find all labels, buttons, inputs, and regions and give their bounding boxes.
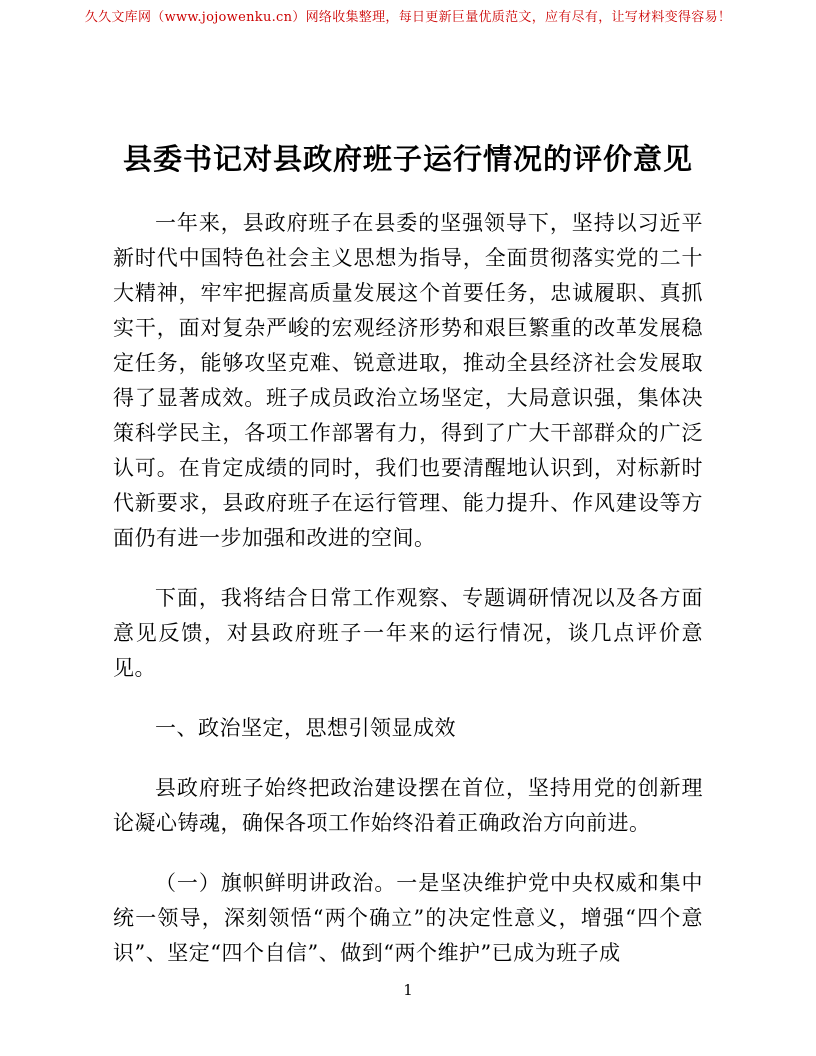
paragraph-overview: 一年来，县政府班子在县委的坚强领导下，坚持以习近平新时代中国特色社会主义思想为指…	[113, 206, 703, 556]
page-number: 1	[0, 980, 816, 1000]
document-title: 县委书记对县政府班子运行情况的评价意见	[0, 137, 816, 178]
document-page: 久久文库网（www.jojowenku.cn）网络收集整理，每日更新巨量优质范文…	[0, 0, 816, 1056]
site-watermark-header: 久久文库网（www.jojowenku.cn）网络收集整理，每日更新巨量优质范文…	[0, 9, 816, 27]
document-body: 一年来，县政府班子在县委的坚强领导下，坚持以习近平新时代中国特色社会主义思想为指…	[113, 206, 703, 996]
section-heading-1: 一、政治坚定，思想引领显成效	[113, 711, 703, 746]
paragraph-section-1-intro: 县政府班子始终把政治建设摆在首位，坚持用党的创新理论凝心铸魂，确保各项工作始终沿…	[113, 771, 703, 841]
paragraph-subsection-1-1: （一）旗帜鲜明讲政治。一是坚决维护党中央权威和集中统一领导，深刻领悟“两个确立”…	[113, 866, 703, 971]
paragraph-transition: 下面，我将结合日常工作观察、专题调研情况以及各方面意见反馈，对县政府班子一年来的…	[113, 581, 703, 686]
